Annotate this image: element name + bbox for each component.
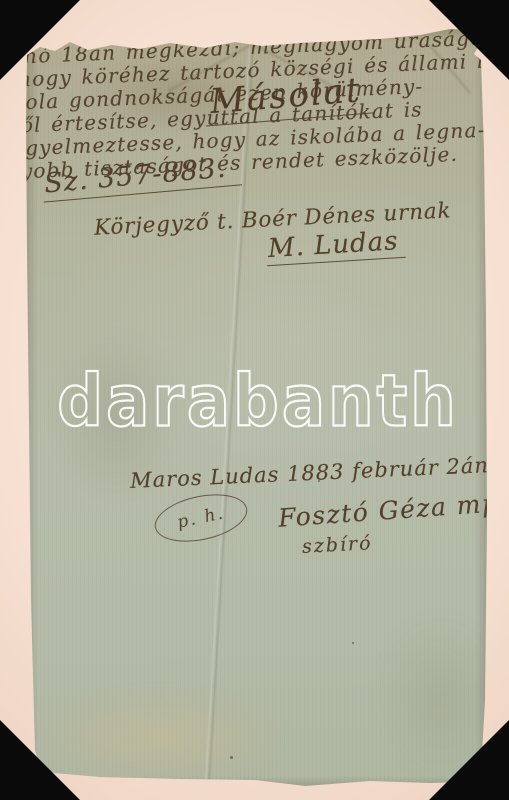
photo-background: Másolat Sz. 357-883. Körjegyző t. Boér D… (0, 0, 509, 800)
ink-speck (352, 642, 354, 644)
document-paper: Másolat Sz. 357-883. Körjegyző t. Boér D… (0, 0, 509, 800)
seal-placeholder-label: p. h. (175, 503, 226, 533)
signature-title: szbíró (301, 532, 373, 558)
letter-body: A nagyságos tanfelügyelő úr az iskola lá… (0, 0, 469, 184)
ink-speck (230, 756, 233, 759)
